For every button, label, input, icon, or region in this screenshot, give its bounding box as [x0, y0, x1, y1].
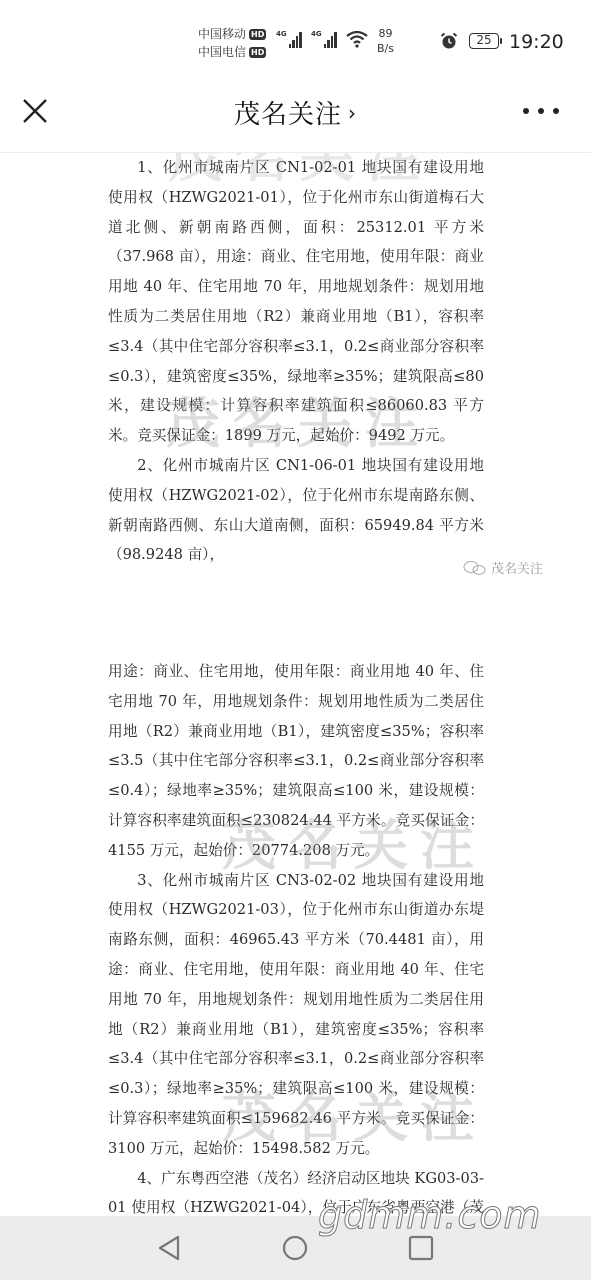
wechat-icon	[462, 560, 488, 576]
land-parcel-4-paragraph: 4、广东粤西空港（茂名）经济启动区地块 KG03-03-01 使用权（HZWG2…	[108, 1164, 484, 1216]
more-dot-icon	[538, 108, 544, 114]
more-dot-icon	[553, 108, 559, 114]
land-parcel-2-continued: 用途：商业、住宅用地，使用年限：商业用地 40 年、住宅用地 70 年，用地规划…	[108, 657, 484, 866]
alarm-icon	[440, 32, 458, 50]
title-bar: 茂名关注›	[0, 74, 591, 153]
hd-badge: HD	[249, 29, 266, 40]
document-image-1: 1、化州市城南片区 CN1-02-01 地块国有建设用地使用权（HZWG2021…	[108, 153, 484, 570]
signal-strength-icon: 4G	[276, 30, 302, 48]
carrier-2-name: 中国电信	[198, 43, 246, 61]
image-source-watermark: 茂名关注	[462, 558, 543, 577]
land-parcel-1-paragraph: 1、化州市城南片区 CN1-02-01 地块国有建设用地使用权（HZWG2021…	[108, 153, 484, 451]
system-nav-bar	[0, 1216, 591, 1280]
recents-icon[interactable]	[406, 1233, 436, 1263]
wifi-icon	[346, 30, 368, 48]
carrier-1-name: 中国移动	[198, 25, 246, 43]
clock: 19:20	[509, 31, 564, 53]
hd-badge: HD	[249, 47, 266, 58]
chevron-right-icon: ›	[348, 101, 357, 125]
more-options-button[interactable]	[523, 105, 559, 117]
status-bar: 中国移动 HD 中国电信 HD 4G 4G 89 B/s 25 19:20	[0, 0, 591, 74]
network-speed: 89 B/s	[377, 26, 394, 56]
account-title-link[interactable]: 茂名关注›	[0, 94, 591, 131]
battery-icon: 25	[469, 33, 499, 49]
battery-tip	[500, 38, 502, 44]
back-icon[interactable]	[154, 1233, 184, 1263]
more-dot-icon	[523, 108, 529, 114]
home-icon[interactable]	[280, 1233, 310, 1263]
article-content[interactable]: 1、化州市城南片区 CN1-02-01 地块国有建设用地使用权（HZWG2021…	[0, 153, 591, 1216]
document-image-2: 用途：商业、住宅用地，使用年限：商业用地 40 年、住宅用地 70 年，用地规划…	[108, 657, 484, 1216]
land-parcel-2-paragraph: 2、化州市城南片区 CN1-06-01 地块国有建设用地使用权（HZWG2021…	[108, 451, 484, 570]
page-title: 茂名关注	[234, 100, 342, 130]
signal-strength-icon: 4G	[311, 30, 337, 48]
carrier-info: 中国移动 HD 中国电信 HD	[198, 25, 266, 61]
land-parcel-3-paragraph: 3、化州市城南片区 CN3-02-02 地块国有建设用地使用权（HZWG2021…	[108, 866, 484, 1164]
